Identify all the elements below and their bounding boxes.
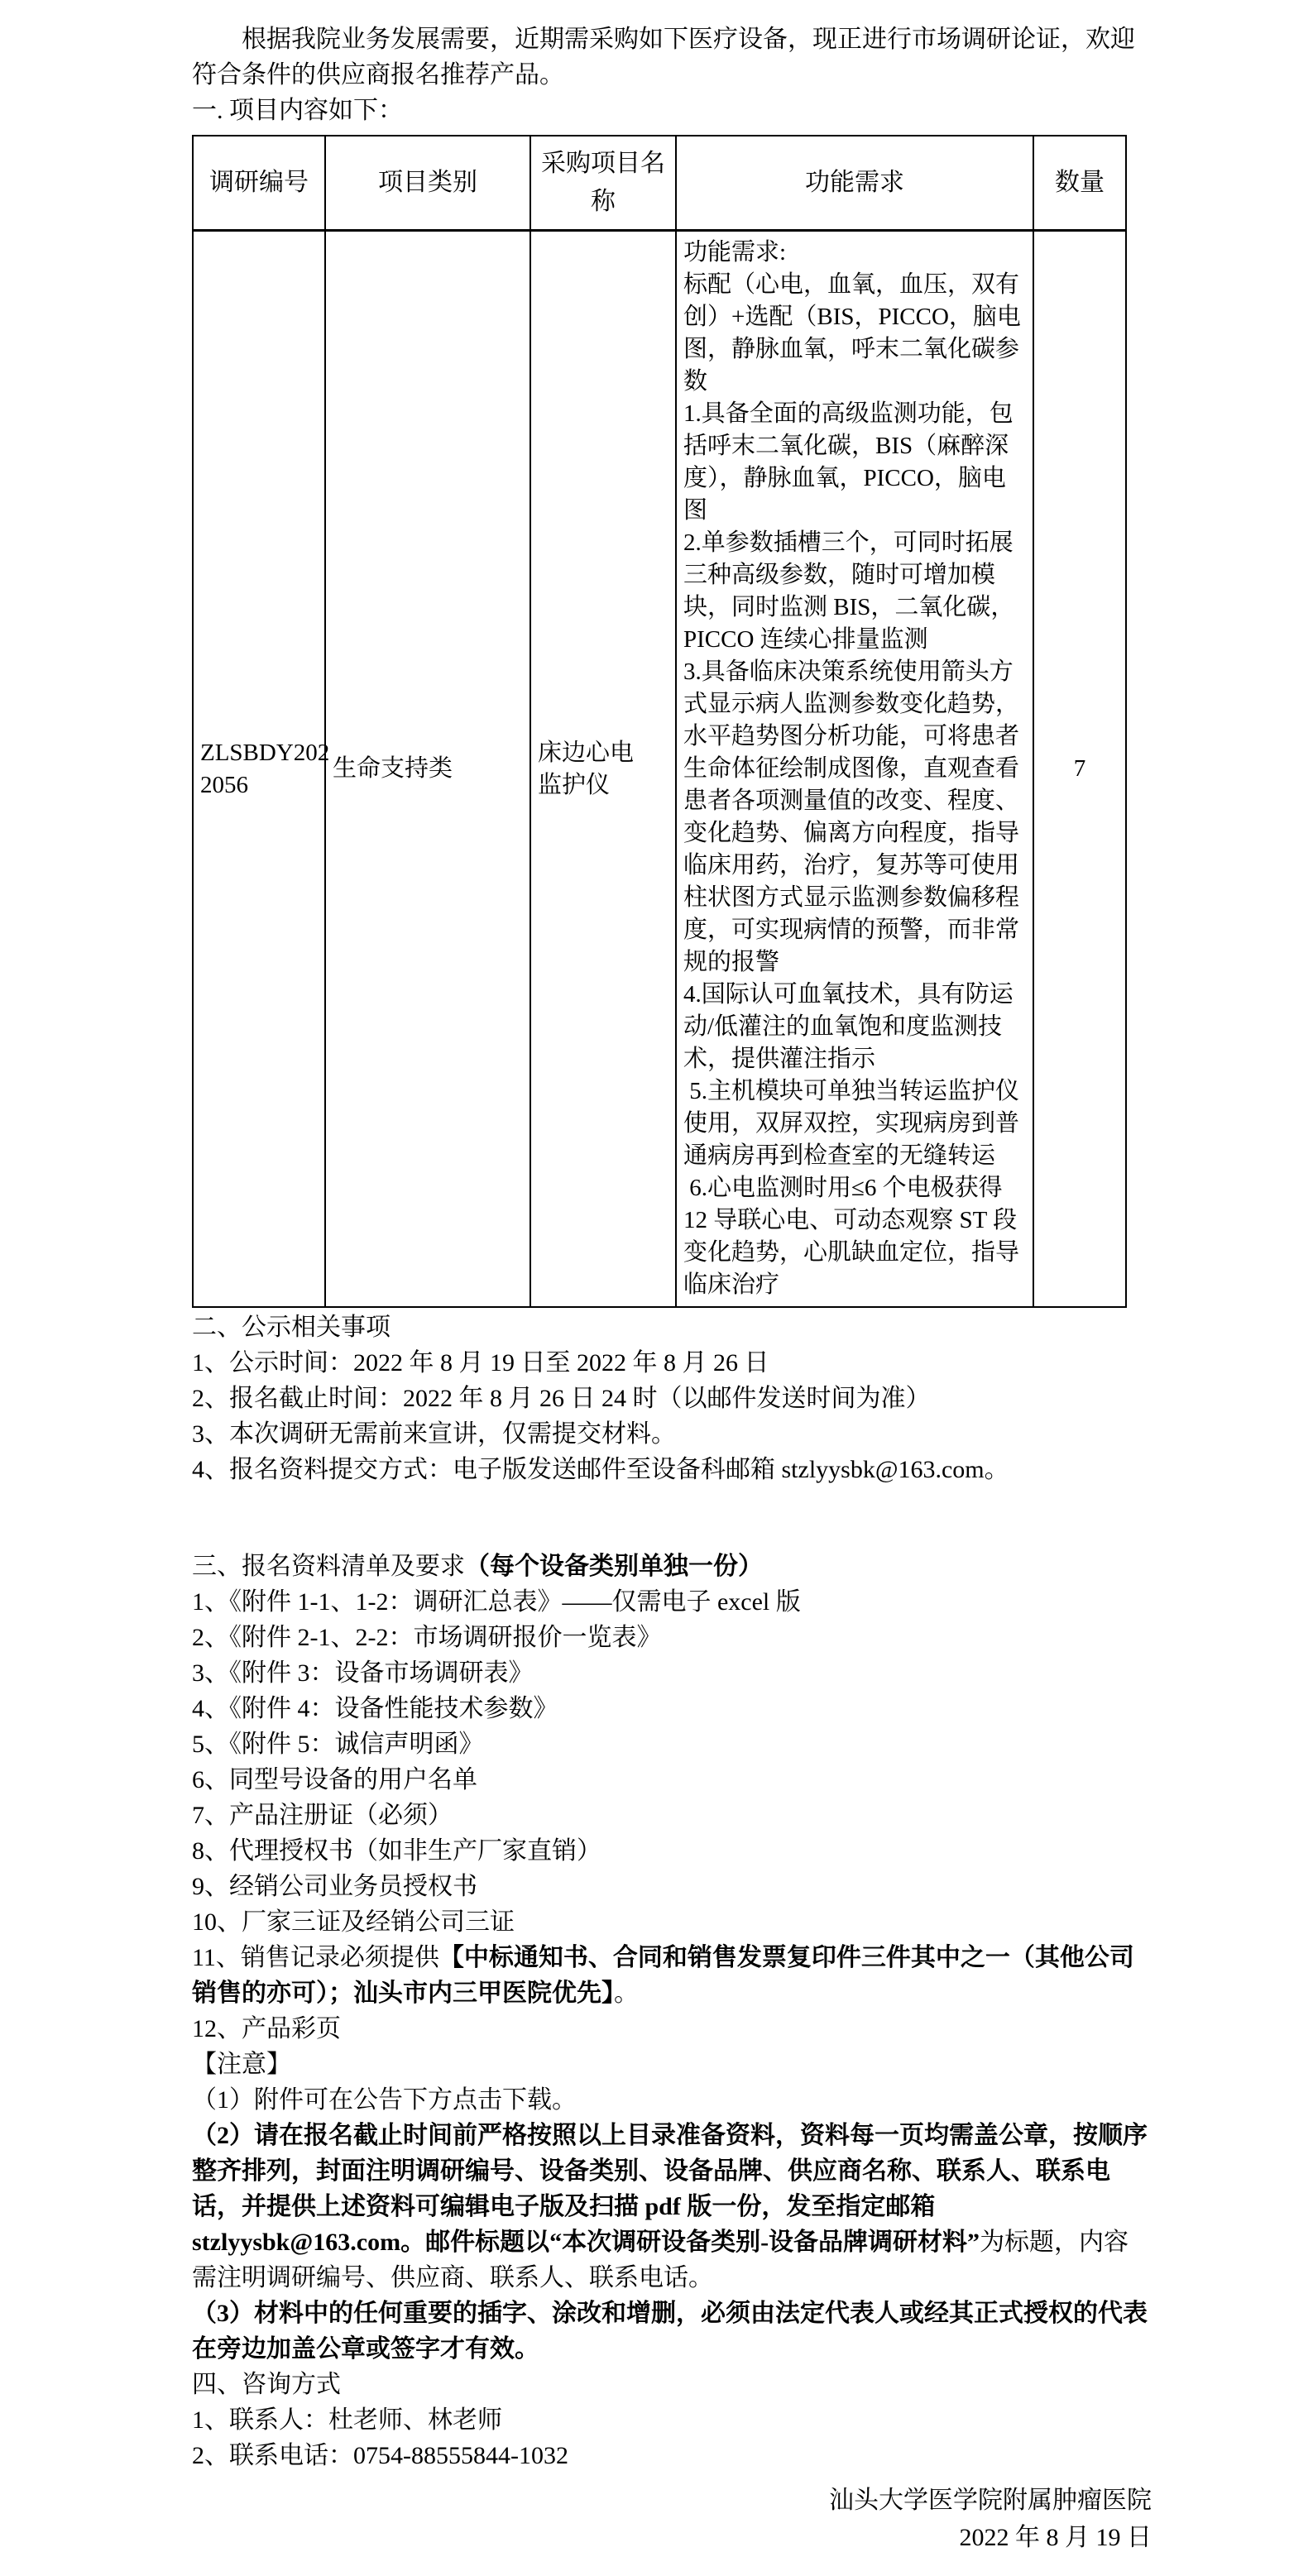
- notice-item-3: （3）材料中的任何重要的插字、涂改和增删，必须由法定代表人或经其正式授权的代表在…: [192, 2296, 1152, 2367]
- section4-item: 2、联系电话：0754-88555844-1032: [192, 2438, 1152, 2473]
- notice-item-2: （2）请在报名截止时间前严格按照以上目录准备资料，资料每一页均需盖公章，按顺序整…: [192, 2118, 1152, 2296]
- header-quantity: 数量: [1033, 136, 1126, 231]
- signature-block: 汕头大学医学院附属肿瘤医院 2022 年 8 月 19 日: [192, 2482, 1152, 2556]
- cell-quantity: 7: [1033, 231, 1126, 1308]
- blank-space: [192, 1487, 1152, 1549]
- section3-item: 4、《附件 4：设备性能技术参数》: [192, 1691, 1152, 1726]
- section3-item: 1、《附件 1-1、1-2：调研汇总表》——仅需电子 excel 版: [192, 1584, 1152, 1620]
- section1-heading: 一. 项目内容如下：: [192, 93, 1152, 128]
- cell-research-no: ZLSBDY202 2056: [193, 231, 325, 1308]
- item11-suffix: 。: [614, 1980, 639, 2007]
- section3-item: 8、代理授权书（如非生产厂家直销）: [192, 1833, 1152, 1869]
- procurement-table: 调研编号 项目类别 采购项目名称 功能需求 数量 ZLSBDY202 2056 …: [192, 135, 1127, 1308]
- section3-item: 12、产品彩页: [192, 2011, 1152, 2047]
- section3-item: 3、《附件 3：设备市场调研表》: [192, 1655, 1152, 1691]
- section2: 二、公示相关事项 1、公示时间：2022 年 8 月 19 日至 2022 年 …: [192, 1310, 1152, 1487]
- section3-item: 7、产品注册证（必须）: [192, 1798, 1152, 1833]
- requirement-paragraph: 功能需求:: [683, 237, 1026, 269]
- section4-heading: 四、咨询方式: [192, 2367, 1152, 2402]
- document-page: 根据我院业务发展需要，近期需采购如下医疗设备，现正进行市场调研论证，欢迎符合条件…: [0, 0, 1313, 2576]
- requirement-paragraph: 3.具备临床决策系统使用箭头方式显示病人监测参数变化趋势，水平趋势图分析功能，可…: [683, 656, 1026, 979]
- section3-item: 10、厂家三证及经销公司三证: [192, 1904, 1152, 1940]
- header-requirements: 功能需求: [676, 136, 1033, 231]
- requirement-paragraph: 1.具备全面的高级监测功能，包括呼末二氧化碳，BIS（麻醉深度），静脉血氧，PI…: [683, 398, 1026, 527]
- requirement-paragraph: 2.单参数插槽三个，可同时拓展三种高级参数，随时可增加模块，同时监测 BIS，二…: [683, 527, 1026, 656]
- notice-label: 【注意】: [192, 2047, 1152, 2082]
- section3-heading-bold: （每个设备类别单独一份）: [465, 1553, 763, 1580]
- section2-item: 3、本次调研无需前来宣讲，仅需提交材料。: [192, 1416, 1152, 1452]
- section3-item: 2、《附件 2-1、2-2：市场调研报价一览表》: [192, 1620, 1152, 1655]
- intro-paragraph: 根据我院业务发展需要，近期需采购如下医疗设备，现正进行市场调研论证，欢迎符合条件…: [192, 22, 1152, 93]
- cell-category: 生命支持类: [325, 231, 530, 1308]
- section2-item: 1、公示时间：2022 年 8 月 19 日至 2022 年 8 月 26 日: [192, 1345, 1152, 1381]
- section3-item: 6、同型号设备的用户名单: [192, 1762, 1152, 1798]
- section3: 三、报名资料清单及要求（每个设备类别单独一份） 1、《附件 1-1、1-2：调研…: [192, 1549, 1152, 2367]
- notice-item-1: （1）附件可在公告下方点击下载。: [192, 2082, 1152, 2118]
- table-row: ZLSBDY202 2056 生命支持类 床边心电 监护仪 功能需求: 标配（心…: [193, 231, 1126, 1308]
- section3-item-11: 11、销售记录必须提供【中标通知书、合同和销售发票复印件三件其中之一（其他公司销…: [192, 1940, 1152, 2011]
- requirement-paragraph: 标配（心电，血氧，血压，双有创）+选配（BIS，PICCO，脑电图，静脉血氧，呼…: [683, 269, 1026, 398]
- signature-org: 汕头大学医学院附属肿瘤医院: [192, 2482, 1152, 2519]
- section4-item: 1、联系人：杜老师、林老师: [192, 2402, 1152, 2438]
- section3-heading: 三、报名资料清单及要求（每个设备类别单独一份）: [192, 1549, 1152, 1584]
- item11-prefix: 11、销售记录必须提供: [192, 1944, 439, 1971]
- section3-item: 9、经销公司业务员授权书: [192, 1869, 1152, 1904]
- header-research-no: 调研编号: [193, 136, 325, 231]
- section3-heading-text: 三、报名资料清单及要求: [192, 1553, 465, 1580]
- table-header-row: 调研编号 项目类别 采购项目名称 功能需求 数量: [193, 136, 1126, 231]
- section2-item: 4、报名资料提交方式：电子版发送邮件至设备科邮箱 stzlyysbk@163.c…: [192, 1452, 1152, 1487]
- signature-date: 2022 年 8 月 19 日: [192, 2519, 1152, 2556]
- requirement-paragraph: 4.国际认可血氧技术，具有防运动/低灌注的血氧饱和度监测技术，提供灌注指示: [683, 979, 1026, 1075]
- cell-item-name: 床边心电 监护仪: [530, 231, 676, 1308]
- section3-item: 5、《附件 5：诚信声明函》: [192, 1726, 1152, 1762]
- section4: 四、咨询方式 1、联系人：杜老师、林老师 2、联系电话：0754-8855584…: [192, 2367, 1152, 2473]
- requirement-paragraph: 5.主机模块可单独当转运监护仪使用，双屏双控，实现病房到普通病房再到检查室的无缝…: [683, 1075, 1026, 1172]
- requirement-paragraph: 6.心电监测时用≤6 个电极获得 12 导联心电、可动态观察 ST 段变化趋势，…: [683, 1172, 1026, 1301]
- section2-heading: 二、公示相关事项: [192, 1310, 1152, 1345]
- section2-item: 2、报名截止时间：2022 年 8 月 26 日 24 时（以邮件发送时间为准）: [192, 1381, 1152, 1416]
- cell-requirements: 功能需求: 标配（心电，血氧，血压，双有创）+选配（BIS，PICCO，脑电图，…: [676, 231, 1033, 1308]
- header-item-name: 采购项目名称: [530, 136, 676, 231]
- header-category: 项目类别: [325, 136, 530, 231]
